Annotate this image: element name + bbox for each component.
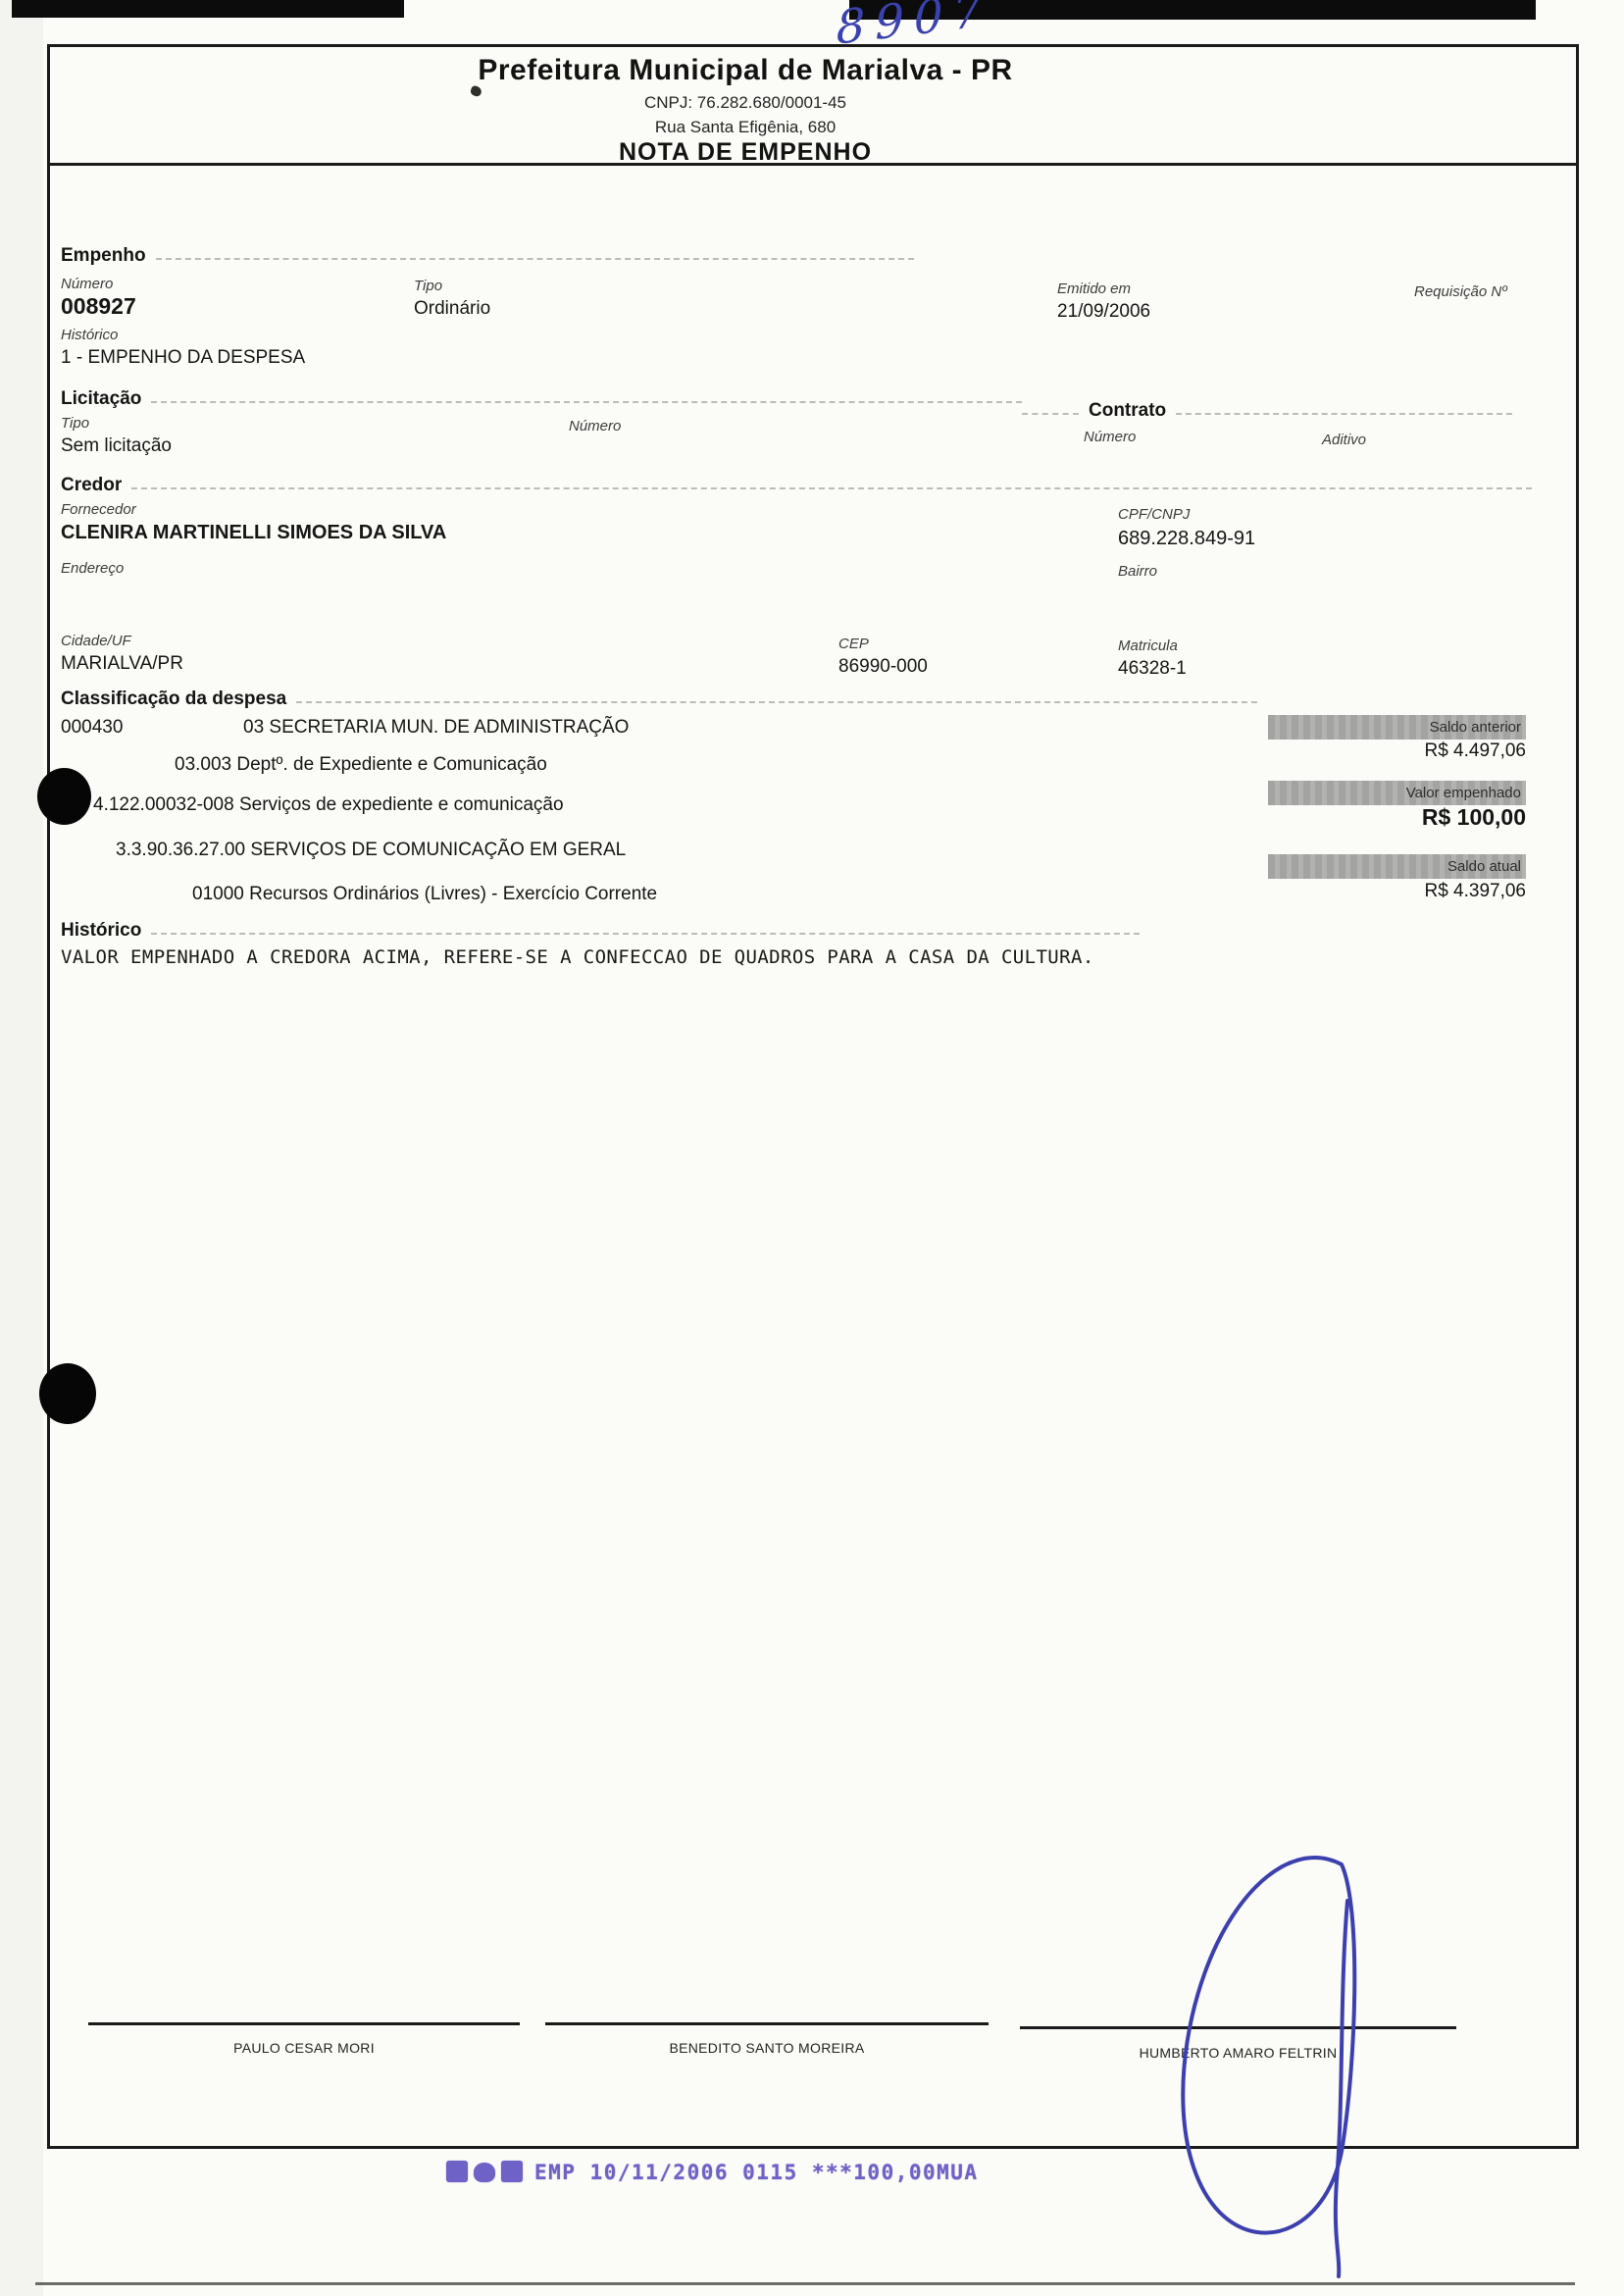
municipality-title: Prefeitura Municipal de Marialva - PR: [196, 54, 1294, 87]
empenho-historico-value: 1 - EMPENHO DA DESPESA: [61, 347, 305, 369]
credor-section-title: Credor: [61, 475, 122, 496]
valor-empenhado-value: R$ 100,00: [1268, 804, 1526, 831]
saldo-atual-value: R$ 4.397,06: [1268, 881, 1526, 902]
stamp-text: EMP 10/11/2006 0115 ***100,00MUA: [534, 2161, 979, 2184]
licitacao-numero-label: Número: [569, 418, 621, 434]
historico-section-header: Histórico: [61, 920, 1140, 942]
historico-section-title: Histórico: [61, 920, 141, 942]
scan-black-strip-left: [12, 0, 404, 18]
empenho-section-header: Empenho: [61, 245, 914, 267]
cep-value: 86990-000: [838, 656, 928, 678]
divider-dashes: [151, 401, 1022, 403]
stamp-logo-icon: [446, 2161, 523, 2182]
classificacao-section-title: Classificação da despesa: [61, 689, 286, 710]
classificacao-linha-fonte: 01000 Recursos Ordinários (Livres) - Exe…: [192, 884, 657, 905]
licitacao-section-header: Licitação: [61, 388, 1022, 410]
cnpj-line: CNPJ: 76.282.680/0001-45: [196, 93, 1294, 113]
divider-dashes: [1022, 413, 1079, 415]
tipo-label: Tipo: [414, 278, 442, 294]
matricula-label: Matricula: [1118, 638, 1178, 654]
pen-signature: [1138, 1847, 1383, 2278]
document-title: NOTA DE EMPENHO: [196, 138, 1294, 167]
saldo-anterior-value: R$ 4.497,06: [1268, 740, 1526, 762]
tipo-value: Ordinário: [414, 298, 490, 320]
saldo-atual-bar: Saldo atual: [1268, 854, 1526, 879]
endereco-label: Endereço: [61, 560, 124, 577]
divider-dashes: [151, 933, 1140, 935]
requisicao-label: Requisição Nº: [1414, 283, 1507, 300]
divider-dashes: [131, 487, 1532, 489]
matricula-value: 46328-1: [1118, 658, 1187, 680]
cidade-uf-label: Cidade/UF: [61, 633, 131, 649]
signature-name-2: BENEDITO SANTO MOREIRA: [545, 2040, 989, 2056]
licitacao-tipo-value: Sem licitação: [61, 435, 172, 457]
cidade-uf-value: MARIALVA/PR: [61, 653, 183, 675]
valor-empenhado-bar: Valor empenhado: [1268, 781, 1526, 805]
saldo-anterior-bar: Saldo anterior: [1268, 715, 1526, 740]
numero-value: 008927: [61, 293, 136, 320]
licitacao-section-title: Licitação: [61, 388, 141, 410]
empenho-section-title: Empenho: [61, 245, 146, 267]
licitacao-tipo-label: Tipo: [61, 415, 89, 432]
numero-label: Número: [61, 276, 113, 292]
divider-dashes: [296, 701, 1257, 703]
fornecedor-label: Fornecedor: [61, 501, 136, 518]
empenho-historico-label: Histórico: [61, 327, 118, 343]
emitido-em-value: 21/09/2006: [1057, 301, 1150, 323]
contrato-section-title: Contrato: [1089, 400, 1166, 422]
classificacao-codigo: 000430: [61, 717, 123, 739]
address-line: Rua Santa Efigênia, 680: [196, 118, 1294, 137]
divider-dashes: [1176, 413, 1512, 415]
historico-text: VALOR EMPENHADO A CREDORA ACIMA, REFERE-…: [61, 946, 1094, 968]
emitido-em-label: Emitido em: [1057, 281, 1131, 297]
classificacao-linha-unidade: 03.003 Deptº. de Expediente e Comunicaçã…: [175, 754, 547, 776]
hole-punch-bottom: [39, 1363, 96, 1424]
contrato-aditivo-label: Aditivo: [1322, 432, 1366, 448]
credor-section-header: Credor: [61, 475, 1532, 496]
nota-de-empenho-scan: 8907 Prefeitura Municipal de Marialva - …: [0, 0, 1624, 2296]
divider-dashes: [156, 258, 914, 260]
contrato-section-header: Contrato: [1022, 400, 1512, 422]
scanner-edge-band: [0, 0, 43, 2296]
classificacao-linha-funcional: 4.122.00032-008 Serviços de expediente e…: [93, 794, 564, 816]
hole-punch-top: [37, 768, 91, 825]
fornecedor-value: CLENIRA MARTINELLI SIMOES DA SILVA: [61, 522, 446, 544]
scan-bottom-line: [35, 2282, 1575, 2285]
cpf-cnpj-value: 689.228.849-91: [1118, 528, 1255, 550]
signature-line-2: [545, 2022, 989, 2025]
cpf-cnpj-label: CPF/CNPJ: [1118, 506, 1190, 523]
signature-line-1: [88, 2022, 520, 2025]
contrato-numero-label: Número: [1084, 429, 1136, 445]
signature-name-1: PAULO CESAR MORI: [88, 2040, 520, 2056]
cep-label: CEP: [838, 636, 869, 652]
classificacao-linha-elemento: 3.3.90.36.27.00 SERVIÇOS DE COMUNICAÇÃO …: [116, 840, 626, 861]
bairro-label: Bairro: [1118, 563, 1157, 580]
classificacao-linha-orgao: 03 SECRETARIA MUN. DE ADMINISTRAÇÃO: [243, 717, 629, 739]
classificacao-section-header: Classificação da despesa: [61, 689, 1257, 710]
